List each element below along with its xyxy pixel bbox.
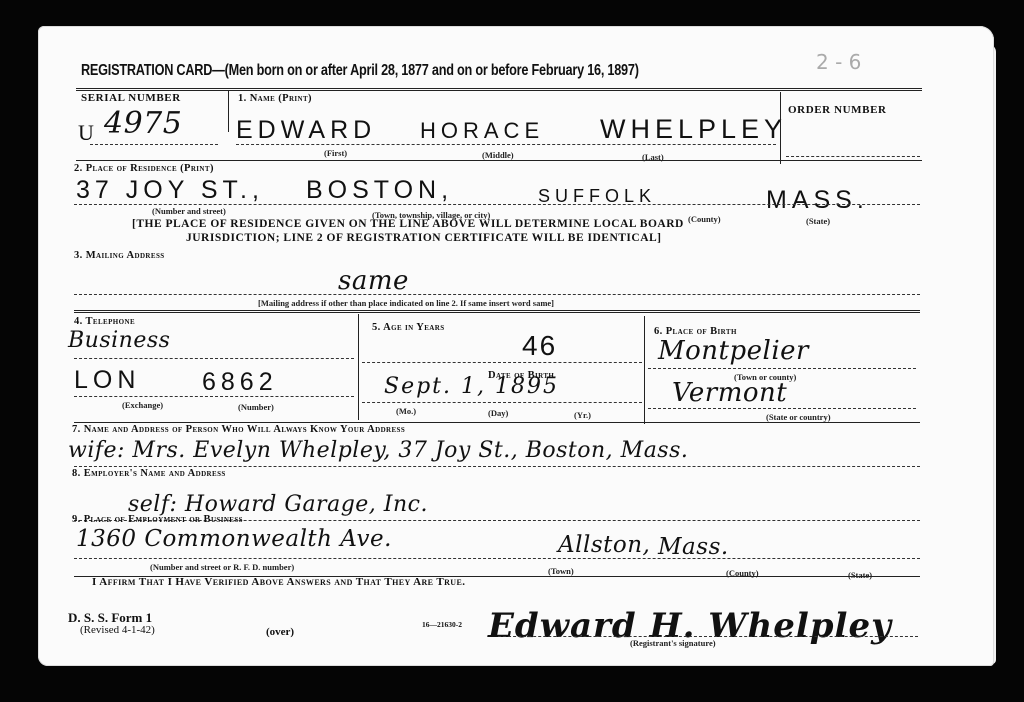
serial-prefix: U	[78, 120, 94, 146]
name-line	[236, 144, 776, 145]
residence-line	[74, 204, 920, 205]
row3-rule	[74, 310, 920, 313]
card-title: REGISTRATION CARD—(Men born on or after …	[81, 62, 639, 80]
employment-line	[74, 558, 920, 559]
employment-street: 1360 Commonwealth Ave.	[76, 526, 392, 552]
telephone-exchange: LON	[74, 366, 140, 395]
age-label: 5. Age in Years	[372, 322, 445, 333]
telephone-label: 4. Telephone	[74, 316, 135, 327]
pencil-note: 2 - 6	[816, 50, 861, 74]
order-number-label: ORDER NUMBER	[788, 104, 887, 116]
order-line	[786, 156, 920, 157]
residence-county-caption: (County)	[688, 214, 721, 224]
name-first: EDWARD	[236, 116, 376, 145]
employment-label: 9. Place of Employment or Business	[72, 514, 243, 525]
residence-state-caption: (State)	[806, 216, 830, 226]
residence-notice-line2: JURISDICTION; LINE 2 OF REGISTRATION CER…	[186, 232, 662, 244]
residence-street-caption: (Number and street)	[152, 206, 226, 216]
mailing-caption: [Mailing address if other than place ind…	[258, 298, 554, 308]
dob-year-caption: (Yr.)	[574, 410, 591, 420]
employment-town: Allston,	[558, 532, 650, 558]
age-divider	[358, 314, 359, 420]
residence-notice-line1: [THE PLACE OF RESIDENCE GIVEN ON THE LIN…	[132, 218, 684, 230]
telephone-number-caption: (Number)	[238, 402, 274, 412]
mailing-value: same	[338, 266, 409, 296]
contact-value: wife: Mrs. Evelyn Whelpley, 37 Joy St., …	[68, 438, 688, 463]
residence-town: BOSTON,	[306, 176, 453, 205]
name-label: 1. Name (Print)	[238, 93, 312, 104]
dob-month-caption: (Mo.)	[396, 406, 416, 416]
birthplace-divider	[644, 316, 645, 424]
employment-state-caption: (State)	[848, 570, 872, 580]
birthplace-town-line	[648, 368, 916, 369]
serial-line	[90, 144, 218, 145]
age-value: 46	[522, 330, 557, 362]
mailing-line	[74, 294, 920, 295]
employment-town-caption: (Town)	[548, 566, 574, 576]
dob-line	[362, 402, 642, 403]
dob-value: Sept. 1, 1895	[384, 374, 559, 399]
contact-label: 7. Name and Address of Person Who Will A…	[72, 424, 405, 435]
row6-rule	[74, 422, 920, 423]
employment-county: Mass.	[658, 534, 729, 560]
over-note: (over)	[266, 626, 294, 638]
telephone-line2	[74, 396, 354, 397]
name-last: WHELPLEY	[600, 114, 787, 145]
residence-street: 37 JOY ST.,	[76, 176, 264, 205]
dob-day-caption: (Day)	[488, 408, 508, 418]
serial-number-value: 4975	[104, 106, 182, 141]
title-rule	[76, 88, 922, 91]
registration-card: REGISTRATION CARD—(Men born on or after …	[38, 26, 994, 666]
serial-divider	[228, 90, 229, 132]
residence-label: 2. Place of Residence (Print)	[74, 163, 214, 174]
birthplace-state-caption: (State or country)	[766, 412, 831, 422]
signature-line	[498, 636, 918, 637]
name-first-caption: (First)	[324, 148, 347, 158]
row1-rule	[76, 160, 922, 161]
affirmation-text: I Affirm That I Have Verified Above Answ…	[92, 576, 465, 588]
birthplace-state: Vermont	[672, 378, 787, 408]
signature-caption: (Registrant's signature)	[630, 638, 716, 648]
telephone-type: Business	[68, 328, 170, 353]
mailing-label: 3. Mailing Address	[74, 250, 165, 261]
telephone-line1	[74, 358, 354, 359]
serial-number-label: SERIAL NUMBER	[81, 92, 181, 104]
birthplace-town: Montpelier	[658, 336, 809, 366]
telephone-number: 6862	[202, 368, 278, 397]
residence-state: MASS.	[766, 186, 869, 215]
telephone-exchange-caption: (Exchange)	[122, 400, 163, 410]
form-revised: (Revised 4-1-42)	[80, 624, 155, 636]
birthplace-state-line	[648, 408, 916, 409]
employer-label: 8. Employer's Name and Address	[72, 468, 226, 479]
age-line	[362, 362, 642, 363]
order-divider	[780, 92, 781, 164]
name-middle-caption: (Middle)	[482, 150, 514, 160]
name-middle: HORACE	[420, 118, 544, 144]
print-code: 16—21630-2	[422, 620, 462, 629]
contact-line	[74, 466, 920, 467]
employment-street-caption: (Number and street or R. F. D. number)	[150, 562, 294, 572]
